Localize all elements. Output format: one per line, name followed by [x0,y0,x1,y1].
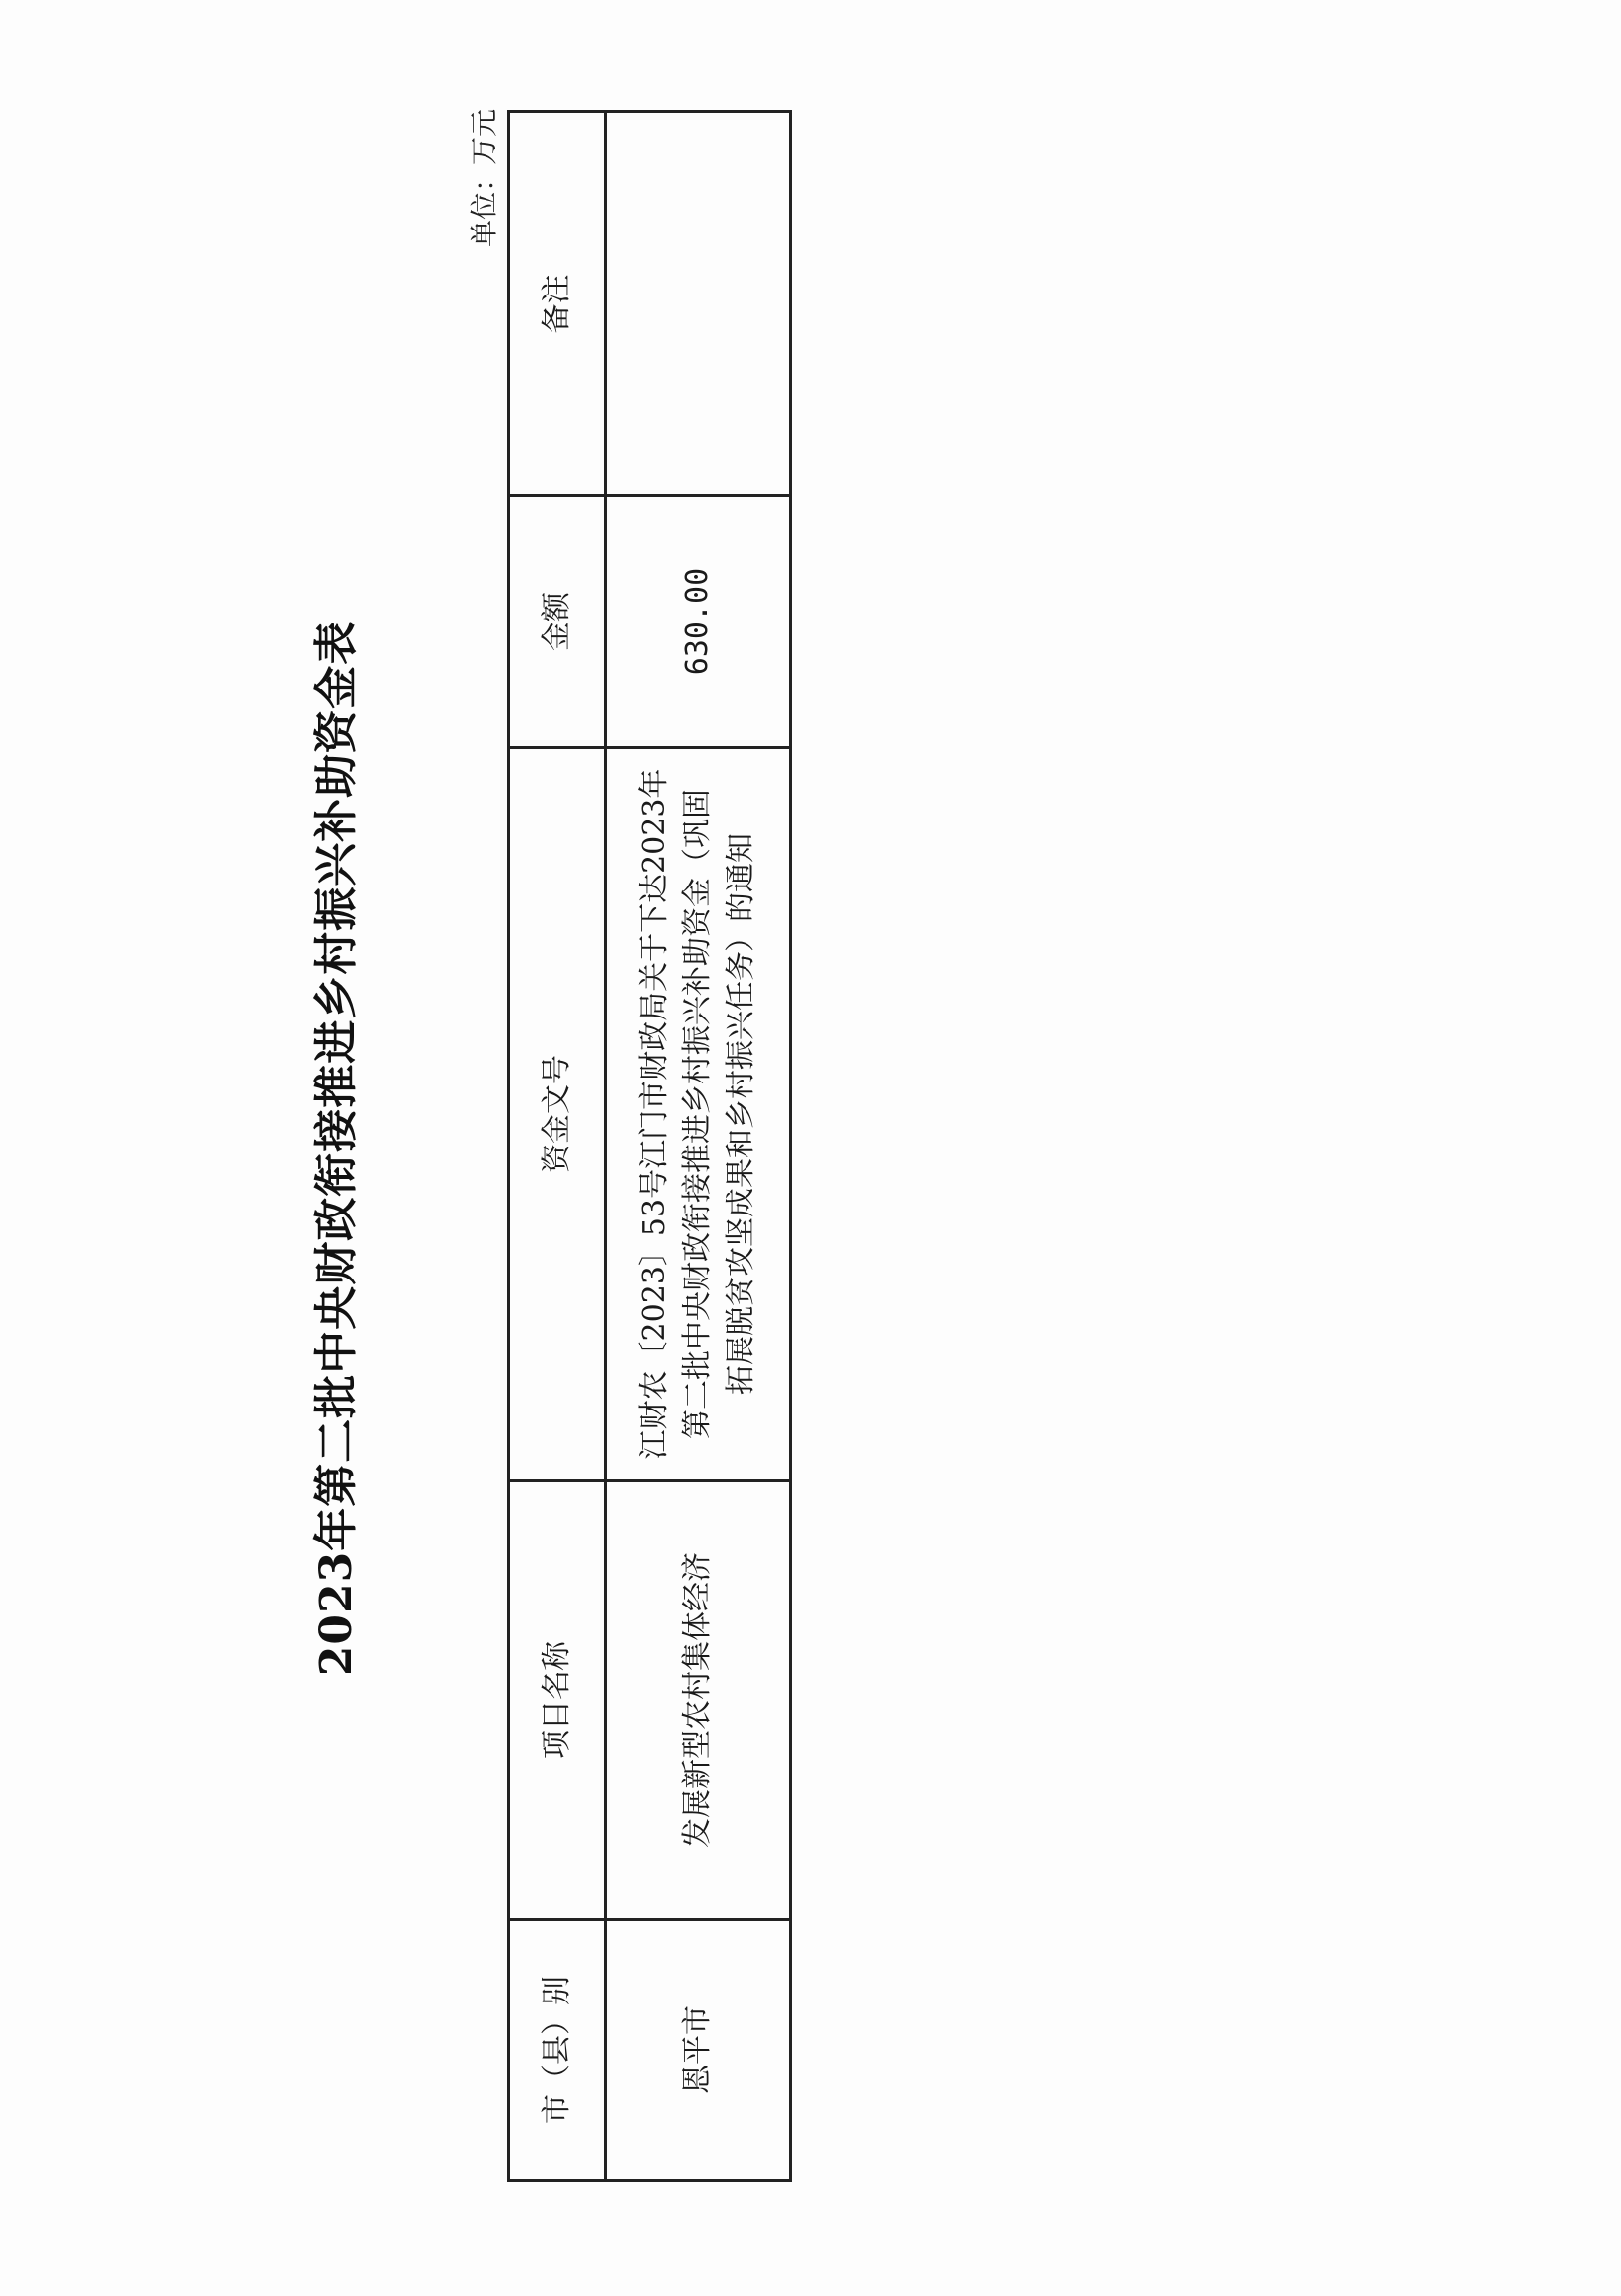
header-project: 项目名称 [509,1481,606,1920]
header-note: 备注 [509,112,606,496]
cell-city: 恩平市 [606,1920,791,2181]
doc-no-line-1: 江财农〔2023〕53号江门市财政局关于下达2023年 [637,769,672,1460]
fund-allocation-table: 市（县）别 项目名称 资金文号 金额 备注 恩平市 发展新型农村集体经济 江财农… [507,110,792,2182]
document-title: 2023年第二批中央财政衔接推进乡村振兴补助资金表 [300,0,363,2296]
unit-label: 单位：万元 [463,109,502,326]
table-header-row: 市（县）别 项目名称 资金文号 金额 备注 [509,112,606,2181]
header-doc-no: 资金文号 [509,748,606,1481]
doc-no-line-3: 拓展脱贫攻坚成果和乡村振兴任务）的通知 [720,758,763,1470]
cell-amount: 630.00 [606,496,791,748]
header-amount: 金额 [509,496,606,748]
scanned-page: 2023年第二批中央财政衔接推进乡村振兴补助资金表 单位：万元 市（县）别 项目… [0,0,1621,2296]
cell-project: 发展新型农村集体经济 [606,1481,791,1920]
rotated-landscape-sheet: 2023年第二批中央财政衔接推进乡村振兴补助资金表 单位：万元 市（县）别 项目… [0,0,1621,2296]
cell-doc-no: 江财农〔2023〕53号江门市财政局关于下达2023年 第二批中央财政衔接推进乡… [606,748,791,1481]
table-row: 恩平市 发展新型农村集体经济 江财农〔2023〕53号江门市财政局关于下达202… [606,112,791,2181]
doc-no-line-2: 第二批中央财政衔接推进乡村振兴补助资金（巩固 [681,789,715,1439]
cell-note [606,112,791,496]
header-city: 市（县）别 [509,1920,606,2181]
